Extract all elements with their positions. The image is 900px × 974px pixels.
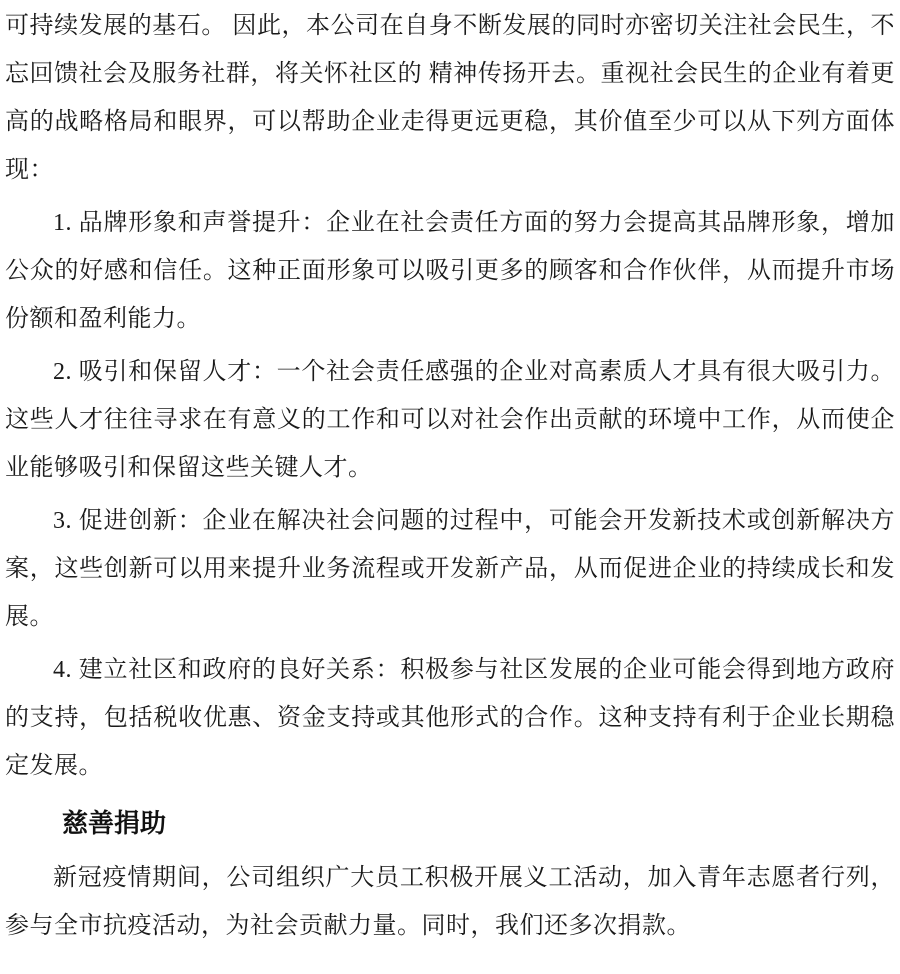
numbered-item-2: 2. 吸引和保留人才：一个社会责任感强的企业对高素质人才具有很大吸引力。这些人才…: [5, 348, 895, 492]
document-page: 可持续发展的基石。 因此，本公司在自身不断发展的同时亦密切关注社会民生，不忘回馈…: [0, 0, 900, 974]
section-heading-charity-donation: 慈善捐助: [62, 802, 895, 846]
closing-paragraph: 新冠疫情期间，公司组织广大员工积极开展义工活动，加入青年志愿者行列，参与全市抗疫…: [5, 854, 895, 950]
intro-paragraph: 可持续发展的基石。 因此，本公司在自身不断发展的同时亦密切关注社会民生，不忘回馈…: [5, 2, 895, 194]
numbered-item-1: 1. 品牌形象和声誉提升：企业在社会责任方面的努力会提高其品牌形象，增加公众的好…: [5, 199, 895, 343]
numbered-item-4: 4. 建立社区和政府的良好关系：积极参与社区发展的企业可能会得到地方政府的支持，…: [5, 646, 895, 790]
numbered-item-3: 3. 促进创新：企业在解决社会问题的过程中，可能会开发新技术或创新解决方案，这些…: [5, 497, 895, 641]
